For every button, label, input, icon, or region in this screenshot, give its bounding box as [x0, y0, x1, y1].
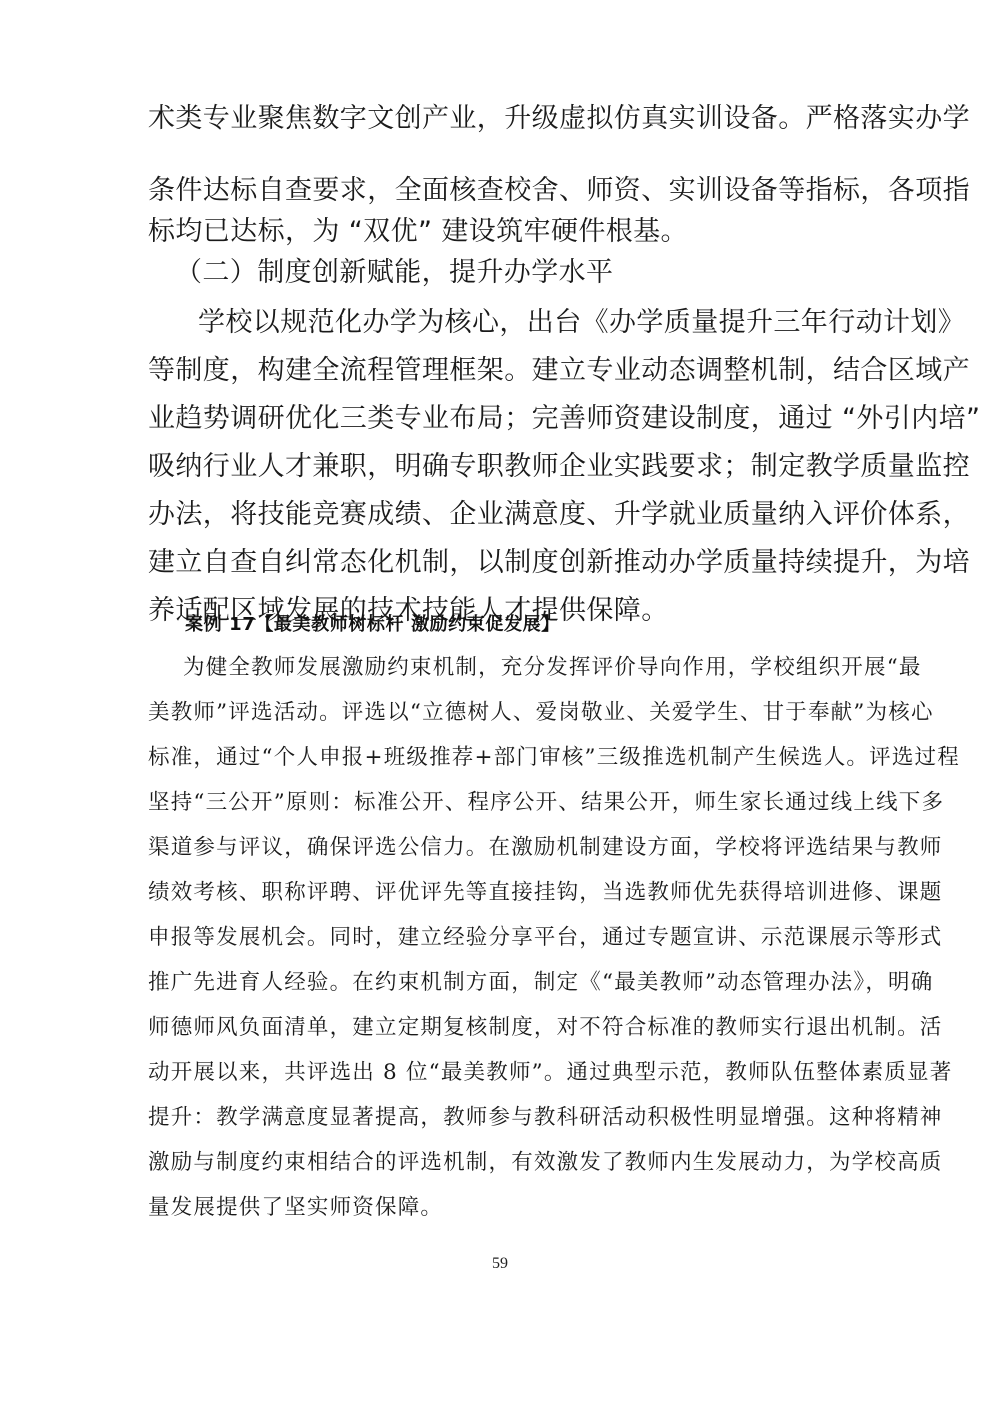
- paragraph-line: 标均已达标，为 “双优” 建设筑牢硬件根基。: [148, 214, 852, 250]
- paragraph-line: 业趋势调研优化三类专业布局；完善师资建设制度，通过 “外引内培”: [148, 401, 852, 437]
- section-heading: （二）制度创新赋能，提升办学水平: [175, 255, 879, 291]
- paragraph-line: 吸纳行业人才兼职，明确专职教师企业实践要求；制定教学质量监控: [148, 449, 852, 485]
- paragraph-line: 学校以规范化办学为核心，出台《办学质量提升三年行动计划》: [198, 305, 902, 341]
- paragraph-line: 师德师风负面清单，建立定期复核制度，对不符合标准的教师实行退出机制。活: [148, 1013, 852, 1043]
- paragraph-line: 动开展以来，共评选出 8 位“最美教师”。通过典型示范，教师队伍整体素质显著: [148, 1058, 852, 1088]
- paragraph-line: 量发展提供了坚实师资保障。: [148, 1193, 852, 1223]
- case-title: 案例 17【最美教师树标杆 激励约束促发展】: [185, 612, 889, 638]
- paragraph-line: 提升：教学满意度显著提高，教师参与教科研活动积极性明显增强。这种将精神: [148, 1103, 852, 1133]
- paragraph-line: 条件达标自查要求，全面核查校舍、师资、实训设备等指标，各项指: [148, 173, 852, 209]
- paragraph-line: 等制度，构建全流程管理框架。建立专业动态调整机制，结合区域产: [148, 353, 852, 389]
- paragraph-line: 申报等发展机会。同时，建立经验分享平台，通过专题宣讲、示范课展示等形式: [148, 923, 852, 953]
- paragraph-line: 渠道参与评议，确保评选公信力。在激励机制建设方面，学校将评选结果与教师: [148, 833, 852, 863]
- paragraph-line: 为健全教师发展激励约束机制，充分发挥评价导向作用，学校组织开展“最: [183, 653, 887, 683]
- page-number: 59: [0, 1255, 1000, 1273]
- paragraph-line: 建立自查自纠常态化机制，以制度创新推动办学质量持续提升，为培: [148, 545, 852, 581]
- paragraph-line: 激励与制度约束相结合的评选机制，有效激发了教师内生发展动力，为学校高质: [148, 1148, 852, 1178]
- paragraph-line: 推广先进育人经验。在约束机制方面，制定《“最美教师”动态管理办法》，明确: [148, 968, 852, 998]
- paragraph-line: 标准，通过“个人申报+班级推荐+部门审核”三级推选机制产生候选人。评选过程: [148, 743, 852, 773]
- paragraph-line: 绩效考核、职称评聘、评优评先等直接挂钩，当选教师优先获得培训进修、课题: [148, 878, 852, 908]
- paragraph-line: 坚持“三公开”原则：标准公开、程序公开、结果公开，师生家长通过线上线下多: [148, 788, 852, 818]
- paragraph-line: 术类专业聚焦数字文创产业，升级虚拟仿真实训设备。严格落实办学: [148, 101, 852, 137]
- document-page: 术类专业聚焦数字文创产业，升级虚拟仿真实训设备。严格落实办学 条件达标自查要求，…: [0, 0, 1000, 1414]
- paragraph-line: 美教师”评选活动。评选以“立德树人、爱岗敬业、关爱学生、甘于奉献”为核心: [148, 698, 852, 728]
- paragraph-line: 办法，将技能竞赛成绩、企业满意度、升学就业质量纳入评价体系，: [148, 497, 852, 533]
